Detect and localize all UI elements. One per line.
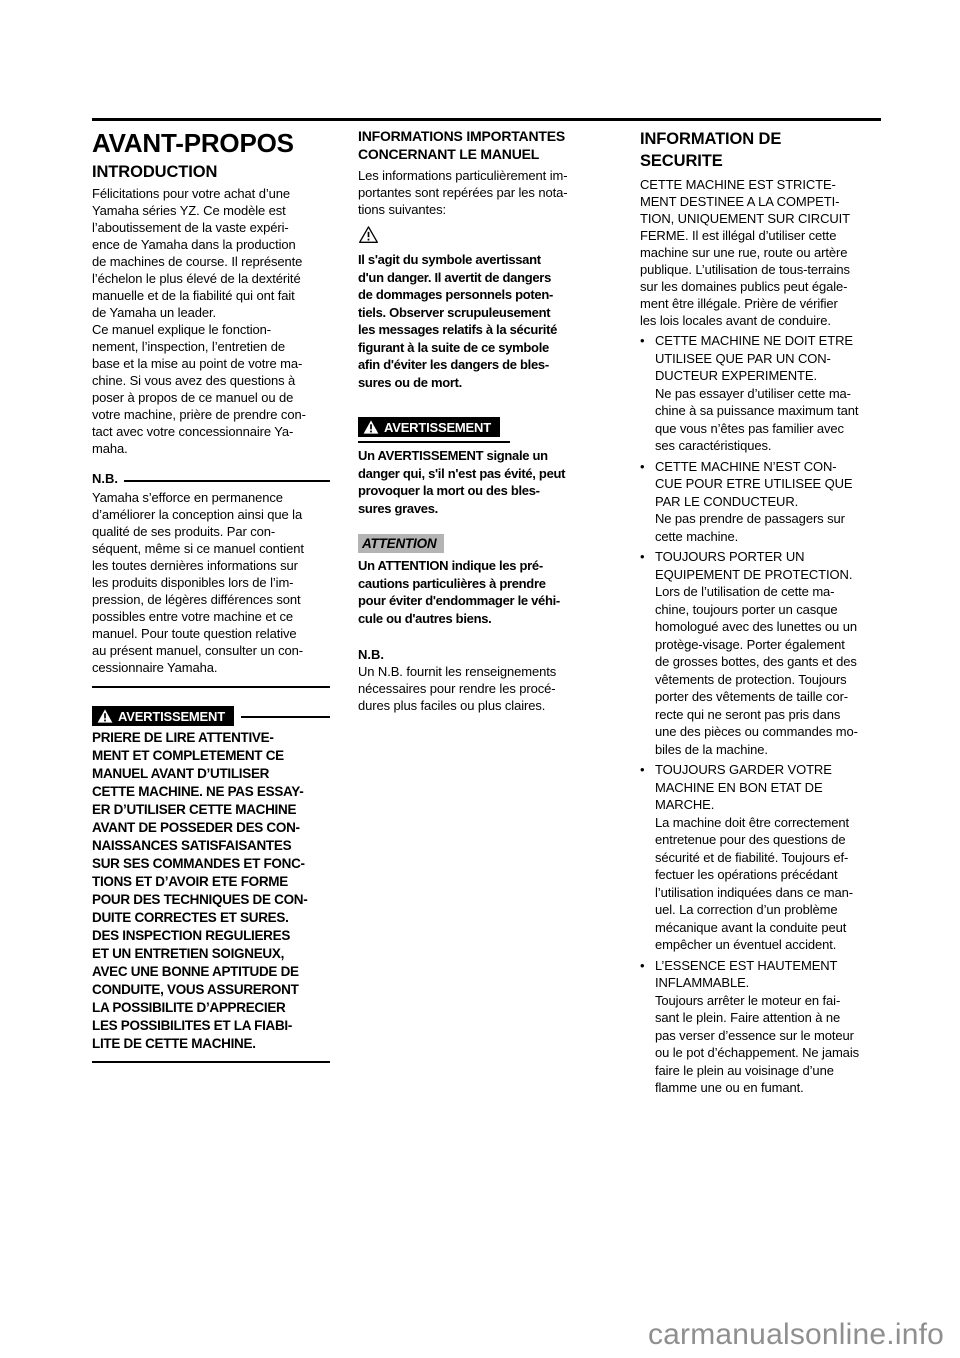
bullet-marker: • [640, 957, 655, 1097]
list-item-text: CETTE MACHINE N’EST CON- CUE POUR ETRE U… [655, 458, 853, 546]
list-item: • TOUJOURS GARDER VOTRE MACHINE EN BON E… [640, 761, 883, 954]
right-column: INFORMATION DE SECURITE CETTE MACHINE ES… [640, 129, 883, 1100]
manual-info-paragraph: Les informations particulièrement im- po… [358, 167, 605, 218]
safety-alert-icon [358, 225, 605, 249]
bullet-marker: • [640, 761, 655, 954]
list-item: • CETTE MACHINE N’EST CON- CUE POUR ETRE… [640, 458, 883, 546]
note-paragraph: Yamaha s’efforce en permanence d’amélior… [92, 489, 330, 676]
warning-badge: AVERTISSEMENT [92, 706, 234, 726]
note-rule [124, 480, 330, 482]
warning-rule [241, 716, 330, 718]
note-end-rule [92, 686, 330, 688]
list-item-text: L’ESSENCE EST HAUTEMENT INFLAMMABLE. Tou… [655, 957, 859, 1097]
note-definition-paragraph: Un N.B. fournit les renseignements néces… [358, 663, 605, 714]
safety-info-paragraph: CETTE MACHINE EST STRICTE- MENT DESTINEE… [640, 176, 883, 329]
note-block-header: N.B. [92, 471, 330, 487]
warning-badge-underline [358, 441, 510, 443]
safety-alert-paragraph: Il s'agit du symbole avertissant d'un da… [358, 251, 605, 391]
warning-paragraph: PRIERE DE LIRE ATTENTIVE- MENT ET COMPLE… [92, 729, 330, 1053]
safety-info-heading: INFORMATION DE SECURITE [640, 129, 883, 172]
list-item: • L’ESSENCE EST HAUTEMENT INFLAMMABLE. T… [640, 957, 883, 1097]
left-column: AVANT-PROPOS INTRODUCTION Félicitations … [92, 129, 330, 1063]
warning-badge: AVERTISSEMENT [358, 417, 500, 437]
note-label: N.B. [92, 471, 118, 487]
attention-definition-header: ATTENTION [358, 534, 605, 553]
page-title: AVANT-PROPOS [92, 129, 330, 157]
list-item-text: TOUJOURS PORTER UN EQUIPEMENT DE PROTECT… [655, 548, 858, 758]
introduction-heading: INTRODUCTION [92, 163, 330, 182]
warning-badge-label: AVERTISSEMENT [118, 709, 225, 724]
middle-column: INFORMATIONS IMPORTANTES CONCERNANT LE M… [358, 127, 605, 714]
watermark: carmanualsonline.info [648, 1318, 944, 1352]
warning-end-rule [92, 1061, 330, 1063]
warning-triangle-icon [363, 420, 379, 434]
warning-definition-header: AVERTISSEMENT [358, 417, 605, 443]
note-label: N.B. [358, 647, 605, 663]
introduction-paragraph: Félicitations pour votre achat d’une Yam… [92, 185, 330, 457]
bullet-marker: • [640, 548, 655, 758]
warning-definition-paragraph: Un AVERTISSEMENT signale un danger qui, … [358, 447, 605, 517]
warning-block-header: AVERTISSEMENT [92, 706, 330, 726]
manual-page: AVANT-PROPOS INTRODUCTION Félicitations … [0, 0, 960, 1358]
list-item: • TOUJOURS PORTER UN EQUIPEMENT DE PROTE… [640, 548, 883, 758]
attention-badge: ATTENTION [358, 534, 444, 553]
list-item: • CETTE MACHINE NE DOIT ETRE UTILISEE QU… [640, 332, 883, 455]
list-item-text: CETTE MACHINE NE DOIT ETRE UTILISEE QUE … [655, 332, 858, 455]
bullet-marker: • [640, 458, 655, 546]
manual-info-heading: INFORMATIONS IMPORTANTES CONCERNANT LE M… [358, 127, 605, 163]
warning-badge-label: AVERTISSEMENT [384, 420, 491, 435]
safety-rules-list: • CETTE MACHINE NE DOIT ETRE UTILISEE QU… [640, 332, 883, 1097]
warning-triangle-icon [97, 709, 113, 723]
page-top-rule [92, 118, 881, 121]
list-item-text: TOUJOURS GARDER VOTRE MACHINE EN BON ETA… [655, 761, 853, 954]
bullet-marker: • [640, 332, 655, 455]
attention-definition-paragraph: Un ATTENTION indique les pré- cautions p… [358, 557, 605, 627]
